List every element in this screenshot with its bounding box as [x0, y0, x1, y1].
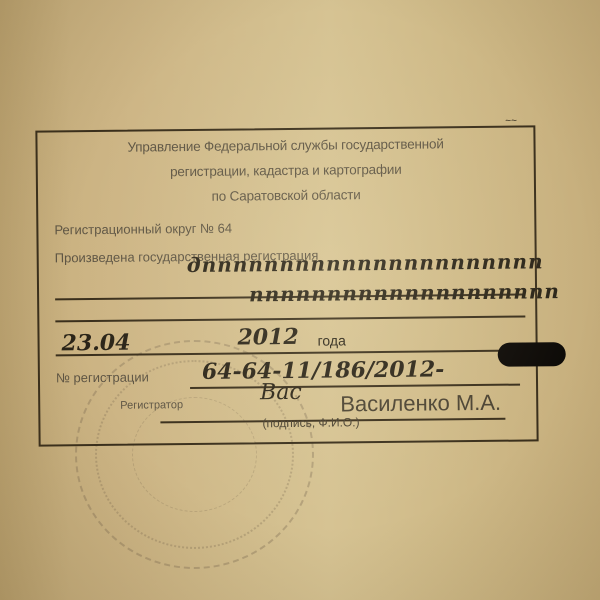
date-year: 2012	[237, 324, 299, 351]
handwritten-fill-line-2: пппппппппппппппппппп	[249, 279, 560, 306]
signature-caption: (подпись, Ф.И.О.)	[262, 415, 359, 430]
registrar-name: Василенко М.А.	[340, 390, 501, 418]
district-label: Регистрационный округ № 64	[54, 221, 232, 238]
year-suffix: года	[317, 332, 345, 348]
handwritten-fill-line-1: дпппппппппппппппппппппп	[187, 249, 544, 277]
fill-line-2	[55, 316, 525, 323]
stamp-header-line-1: Управление Федеральной службы государств…	[37, 135, 533, 155]
corner-mark: ~~	[505, 116, 517, 127]
reg-number: 64-64-11/186/2012-	[202, 356, 445, 385]
registrar-signature: Вас	[260, 380, 302, 405]
registrar-label: Регистратор	[120, 399, 183, 412]
reg-number-label: № регистрации	[56, 369, 149, 385]
redaction-blot	[498, 342, 566, 367]
date-day-month: 23.04	[61, 330, 130, 357]
stamp-header-line-3: по Саратовской области	[38, 185, 534, 205]
registration-stamp: ~~ Управление Федеральной службы государ…	[35, 125, 538, 446]
stamp-header-line-2: регистрации, кадастра и картографии	[38, 160, 534, 180]
